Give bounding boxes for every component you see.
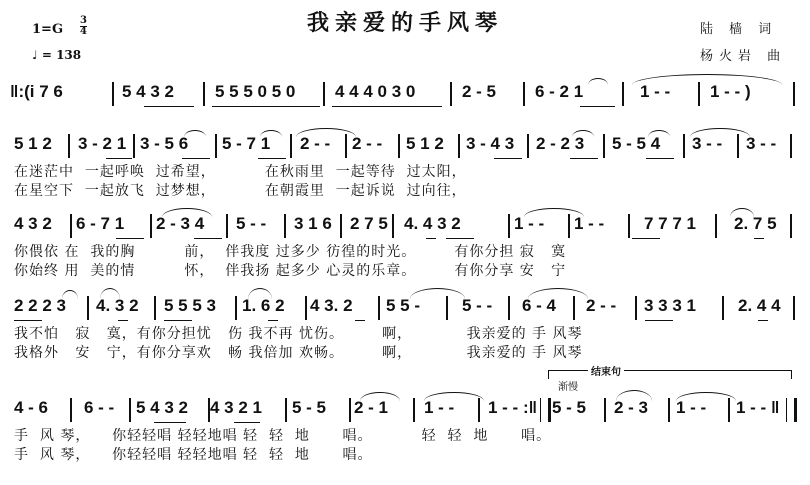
- measure: 3 - -: [692, 134, 722, 154]
- tie: [676, 392, 736, 401]
- measure: 5 1 2: [14, 134, 52, 154]
- underline-beam: [754, 238, 764, 239]
- lyric-verse-1: 你偎依 在 我的胸 前， 伴我度 过多少 彷徨的时光。 有你分担 寂 寞: [14, 241, 566, 261]
- measure: 4 - 6: [14, 398, 48, 418]
- barline: [446, 296, 448, 320]
- barline: [527, 134, 529, 158]
- slur: [572, 130, 594, 137]
- lyric-verse-2: 手 风 琴， 你轻轻唱 轻轻地唱 轻 轻 地 唱。: [14, 444, 373, 464]
- barline: [450, 82, 452, 106]
- tie: [632, 74, 782, 85]
- measure: 4. 3 2: [96, 296, 139, 316]
- measure: 3 - 4 3: [466, 134, 514, 154]
- measure: 2. 7 5: [734, 214, 777, 234]
- barline: [129, 398, 131, 422]
- underline-beam: [426, 238, 436, 239]
- underline-beam: [164, 320, 192, 321]
- tie: [524, 208, 584, 217]
- tempo-marking: ♩ = 138: [32, 48, 81, 62]
- measure: 3 - 5 6: [140, 134, 188, 154]
- tie: [424, 392, 484, 401]
- barline: [305, 296, 307, 320]
- measure: 5 - -: [462, 296, 492, 316]
- measure: 4 3. 2: [310, 296, 353, 316]
- lyric-verse-1: 手 风 琴， 你轻轻唱 轻轻地唱 轻 轻 地 唱。 轻 轻 地 唱。: [14, 425, 551, 445]
- barline: [683, 134, 685, 158]
- underline-beam: [194, 238, 222, 239]
- repeat-end-barline: [540, 398, 551, 422]
- staff-row-3: 4 3 2 6 - 7 1 2 - 3 4 5 - - 3 1 6 2 7 5 …: [0, 214, 810, 244]
- slur: [162, 208, 212, 217]
- measure: 2 - 3: [614, 398, 648, 418]
- barline: [68, 134, 70, 158]
- barline: [603, 134, 605, 158]
- barline: [793, 296, 795, 320]
- barline: [628, 214, 630, 238]
- barline: [604, 398, 606, 422]
- measure: 3 - 2 1: [78, 134, 126, 154]
- staff-row-1: ‖:(i 7 6 5 4 3 2 5 5 5 0 5 0 4 4 4 0 3 0…: [0, 82, 810, 112]
- staff-row-5: 4 - 6 6 - - 5 4 3 2 4 3 2 1 5 - 5 2 - 1 …: [0, 398, 810, 428]
- underline-beam: [182, 158, 210, 159]
- barline: [793, 82, 795, 106]
- slur: [616, 390, 652, 401]
- coda-label: 结束句: [588, 363, 624, 378]
- underline-beam: [570, 158, 598, 159]
- measure: 6 - 4: [522, 296, 556, 316]
- barline: [568, 214, 570, 238]
- barline: [478, 398, 480, 422]
- barline: [458, 134, 460, 158]
- measure: 3 - -: [746, 134, 776, 154]
- barline: [70, 398, 72, 422]
- measure: 1 - - ‖: [736, 398, 779, 418]
- barline: [70, 214, 72, 238]
- measure: 5 5 -: [386, 296, 420, 316]
- measure: 5 - 5: [552, 398, 586, 418]
- measure: 1 - -: [514, 214, 544, 234]
- measure: 3 1 6: [294, 214, 332, 234]
- barline: [508, 214, 510, 238]
- barline: [345, 134, 347, 158]
- measure: 2 - 5: [462, 82, 496, 102]
- barline: [790, 214, 792, 238]
- underline-beam: [14, 320, 42, 321]
- barline: [208, 398, 210, 422]
- lyric-verse-1: 在迷茫中 一起呼唤 过希望， 在秋雨里 一起等待 过太阳，: [14, 161, 467, 181]
- measure: 4 4 4 0 3 0: [335, 82, 415, 102]
- tie: [690, 128, 750, 137]
- measure: 4 3 2 1: [210, 398, 262, 418]
- barline: [235, 296, 237, 320]
- underline-beam: [580, 106, 615, 107]
- barline: [508, 296, 510, 320]
- slur: [730, 208, 754, 217]
- measure: 4 3 2: [14, 214, 52, 234]
- measure: 1. 6 2: [242, 296, 285, 316]
- slur: [100, 288, 120, 299]
- barline: [290, 134, 292, 158]
- barline: [668, 398, 670, 422]
- underline-beam: [116, 238, 144, 239]
- underline-beam: [632, 238, 660, 239]
- barline: [87, 296, 89, 320]
- barline: [340, 214, 342, 238]
- underline-beam: [645, 320, 673, 321]
- barline: [285, 398, 287, 422]
- measure: 5 - 5 4: [612, 134, 660, 154]
- barline: [728, 398, 730, 422]
- composer-credit: 杨火岩 曲: [700, 45, 786, 64]
- underline-beam: [494, 158, 522, 159]
- underline-beam: [268, 320, 278, 321]
- measure: 6 - 2 1: [535, 82, 583, 102]
- underline-beam: [154, 422, 186, 423]
- staff-row-2: 5 1 2 3 - 2 1 3 - 5 6 5 - 7 1 2 - - 2 - …: [0, 134, 810, 164]
- barline: [284, 214, 286, 238]
- measure: 4. 4 3 2: [404, 214, 461, 234]
- slur: [588, 78, 608, 85]
- measure: 2 - -: [352, 134, 382, 154]
- barline: [392, 214, 394, 238]
- measure: 6 - -: [84, 398, 114, 418]
- underline-beam: [106, 158, 132, 159]
- slur: [184, 130, 206, 137]
- barline: [112, 82, 114, 106]
- measure: 2 - -: [300, 134, 330, 154]
- underline-beam: [332, 106, 442, 107]
- barline: [349, 398, 351, 422]
- measure: 3 3 3 1: [644, 296, 696, 316]
- measure: 5 4 3 2: [122, 82, 174, 102]
- lyric-verse-2: 在星空下 一起放飞 过梦想， 在朝霞里 一起诉说 过向往，: [14, 180, 467, 200]
- measure: 5 - -: [236, 214, 266, 234]
- measure: 2 7 5: [350, 214, 388, 234]
- measure: 5 5 5 3: [164, 296, 216, 316]
- barline: [203, 82, 205, 106]
- barline: [635, 296, 637, 320]
- measure: 5 5 5 0 5 0: [215, 82, 295, 102]
- lyricist-credit: 陆 樯 词: [700, 18, 777, 37]
- tie: [296, 128, 356, 137]
- underline-beam: [355, 320, 365, 321]
- barline: [150, 214, 152, 238]
- measure: 2. 4 4: [738, 296, 781, 316]
- measure: 2 - 1: [354, 398, 388, 418]
- underline-beam: [258, 158, 286, 159]
- slur: [62, 290, 78, 299]
- barline: [323, 82, 325, 106]
- barline: [790, 134, 792, 158]
- measure: 2 2 2 3: [14, 296, 66, 316]
- barline: [133, 134, 135, 158]
- barline: [413, 398, 415, 422]
- barline: [722, 296, 724, 320]
- song-title: 我亲爱的手风琴: [0, 6, 810, 37]
- measure: 7 7 7 1: [644, 214, 696, 234]
- measure: 2 - 3 4: [156, 214, 204, 234]
- slur: [648, 130, 670, 137]
- lyric-verse-1: 我不怕 寂 寞，有你分担忧 伤 我不再 忧伤。 啊， 我亲爱的 手 风琴: [14, 323, 583, 343]
- measure: 1 - - :‖: [488, 398, 537, 418]
- lyric-verse-2: 你始终 用 美的情 怀， 伴我扬 起多少 心灵的乐章。 有你分享 安 宁: [14, 260, 566, 280]
- slur: [528, 288, 588, 299]
- barline: [226, 214, 228, 238]
- measure: 5 - 5: [292, 398, 326, 418]
- underline-beam: [758, 320, 768, 321]
- ritardando-marking: 渐慢: [558, 378, 578, 393]
- barline: [737, 134, 739, 158]
- measure: 1 - -: [676, 398, 706, 418]
- slur: [260, 130, 282, 137]
- staff-row-4: 2 2 2 3 4. 3 2 5 5 5 3 1. 6 2 4 3. 2 5 5…: [0, 296, 810, 326]
- barline: [622, 82, 624, 106]
- barline: [715, 214, 717, 238]
- slur: [360, 392, 400, 401]
- underline-beam: [212, 106, 320, 107]
- barline: [378, 296, 380, 320]
- underline-beam: [646, 158, 674, 159]
- final-barline: [786, 398, 797, 422]
- tie: [410, 288, 465, 299]
- measure: 6 - 7 1: [76, 214, 124, 234]
- barline: [523, 82, 525, 106]
- measure: 5 1 2: [406, 134, 444, 154]
- coda-bracket: 结束句 渐慢: [548, 370, 790, 379]
- time-signature-bottom: 4: [80, 26, 87, 37]
- underline-beam: [144, 106, 194, 107]
- measure: 1 - -: [424, 398, 454, 418]
- slur: [248, 288, 272, 299]
- measure: 2 - -: [586, 296, 616, 316]
- barline: [154, 296, 156, 320]
- lyric-verse-2: 我格外 安 宁，有你分享欢 畅 我倍加 欢畅。 啊， 我亲爱的 手 风琴: [14, 342, 583, 362]
- underline-beam: [118, 320, 128, 321]
- measure: 5 4 3 2: [136, 398, 188, 418]
- barline: [215, 134, 217, 158]
- measure: 1 - - ): [710, 82, 751, 102]
- measure: 2 - 2 3: [536, 134, 584, 154]
- measure: 1 - -: [640, 82, 670, 102]
- underline-beam: [234, 422, 260, 423]
- key-signature: 1=G: [32, 22, 63, 37]
- measure: 5 - 7 1: [222, 134, 270, 154]
- underline-beam: [446, 238, 474, 239]
- measure: ‖:(i 7 6: [10, 82, 63, 102]
- measure: 1 - -: [574, 214, 604, 234]
- barline: [398, 134, 400, 158]
- barline: [573, 296, 575, 320]
- barline: [698, 82, 700, 106]
- time-signature: 3 4: [80, 16, 87, 37]
